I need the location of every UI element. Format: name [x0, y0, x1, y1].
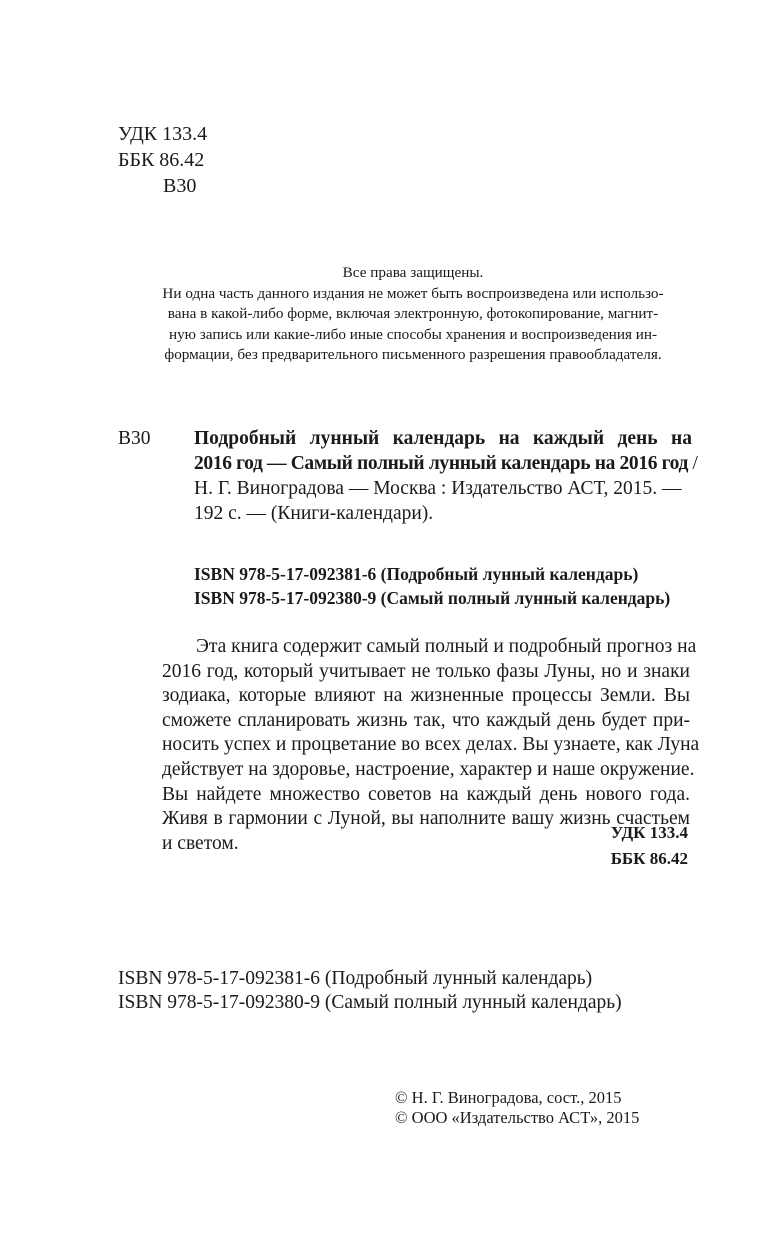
isbn-bold-list: ISBN 978-5-17-092381-6 (Подробный лунный…	[194, 562, 670, 610]
abstract-line: носить успех и процветание во всех делах…	[162, 733, 690, 758]
copyright-line: © ООО «Издательство АСТ», 2015	[395, 1108, 639, 1128]
classification-codes: УДК 133.4 ББК 86.42 В30	[118, 121, 207, 199]
abstract-line: действует на здоровье, настроение, харак…	[162, 758, 690, 783]
rights-title: Все права защищены.	[118, 263, 708, 284]
abstract-line: Вы найдете множество советов на каждый д…	[162, 783, 690, 808]
udk-code: УДК 133.4	[118, 121, 207, 147]
rights-line: формации, без предварительного письменно…	[118, 345, 708, 366]
abstract-line: Эта книга содержит самый полный и подроб…	[162, 635, 690, 660]
abstract-bbk: ББК 86.42	[611, 846, 688, 872]
entry-author-line: Н. Г. Виноградова — Москва : Издательств…	[194, 476, 692, 501]
rights-notice: Все права защищены. Ни одна часть данног…	[118, 263, 708, 366]
rights-line: Ни одна часть данного издания не может б…	[118, 284, 708, 305]
isbn-item: ISBN 978-5-17-092380-9 (Самый полный лун…	[118, 991, 622, 1015]
entry-pages-line: 192 с. — (Книги-календари).	[194, 501, 692, 526]
abstract-line: сможете спланировать жизнь так, что кажд…	[162, 709, 690, 734]
entry-slash: /	[688, 453, 698, 474]
author-mark: В30	[118, 173, 207, 199]
isbn-plain-list: ISBN 978-5-17-092381-6 (Подробный лунный…	[118, 967, 622, 1015]
isbn-item: ISBN 978-5-17-092380-9 (Самый полный лун…	[194, 586, 670, 610]
isbn-item: ISBN 978-5-17-092381-6 (Подробный лунный…	[118, 967, 622, 991]
rights-line: ную запись или какие-либо иные способы х…	[118, 325, 708, 346]
bibliographic-entry: В30 Подробный лунный календарь на каждый…	[118, 426, 692, 526]
abstract-udk: УДК 133.4	[611, 820, 688, 846]
entry-title-line: 2016 год — Самый полный лунный календарь…	[194, 451, 692, 476]
entry-code: В30	[118, 426, 151, 451]
rights-line: вана в какой-либо форме, включая электро…	[118, 304, 708, 325]
abstract-line: зодиака, которые влияют на жизненные про…	[162, 684, 690, 709]
isbn-item: ISBN 978-5-17-092381-6 (Подробный лунный…	[194, 562, 670, 586]
bbk-code: ББК 86.42	[118, 147, 207, 173]
entry-title-part: 2016 год — Самый полный лунный календарь…	[194, 453, 688, 474]
abstract-codes: УДК 133.4 ББК 86.42	[611, 820, 688, 872]
copyright-notice: © Н. Г. Виноградова, сост., 2015 © ООО «…	[395, 1088, 639, 1128]
abstract-line: 2016 год, который учитывает не только фа…	[162, 660, 690, 685]
entry-title-line: Подробный лунный календарь на каждый ден…	[194, 426, 692, 451]
entry-title-part: Подробный лунный календарь на каждый ден…	[194, 428, 692, 449]
copyright-line: © Н. Г. Виноградова, сост., 2015	[395, 1088, 639, 1108]
